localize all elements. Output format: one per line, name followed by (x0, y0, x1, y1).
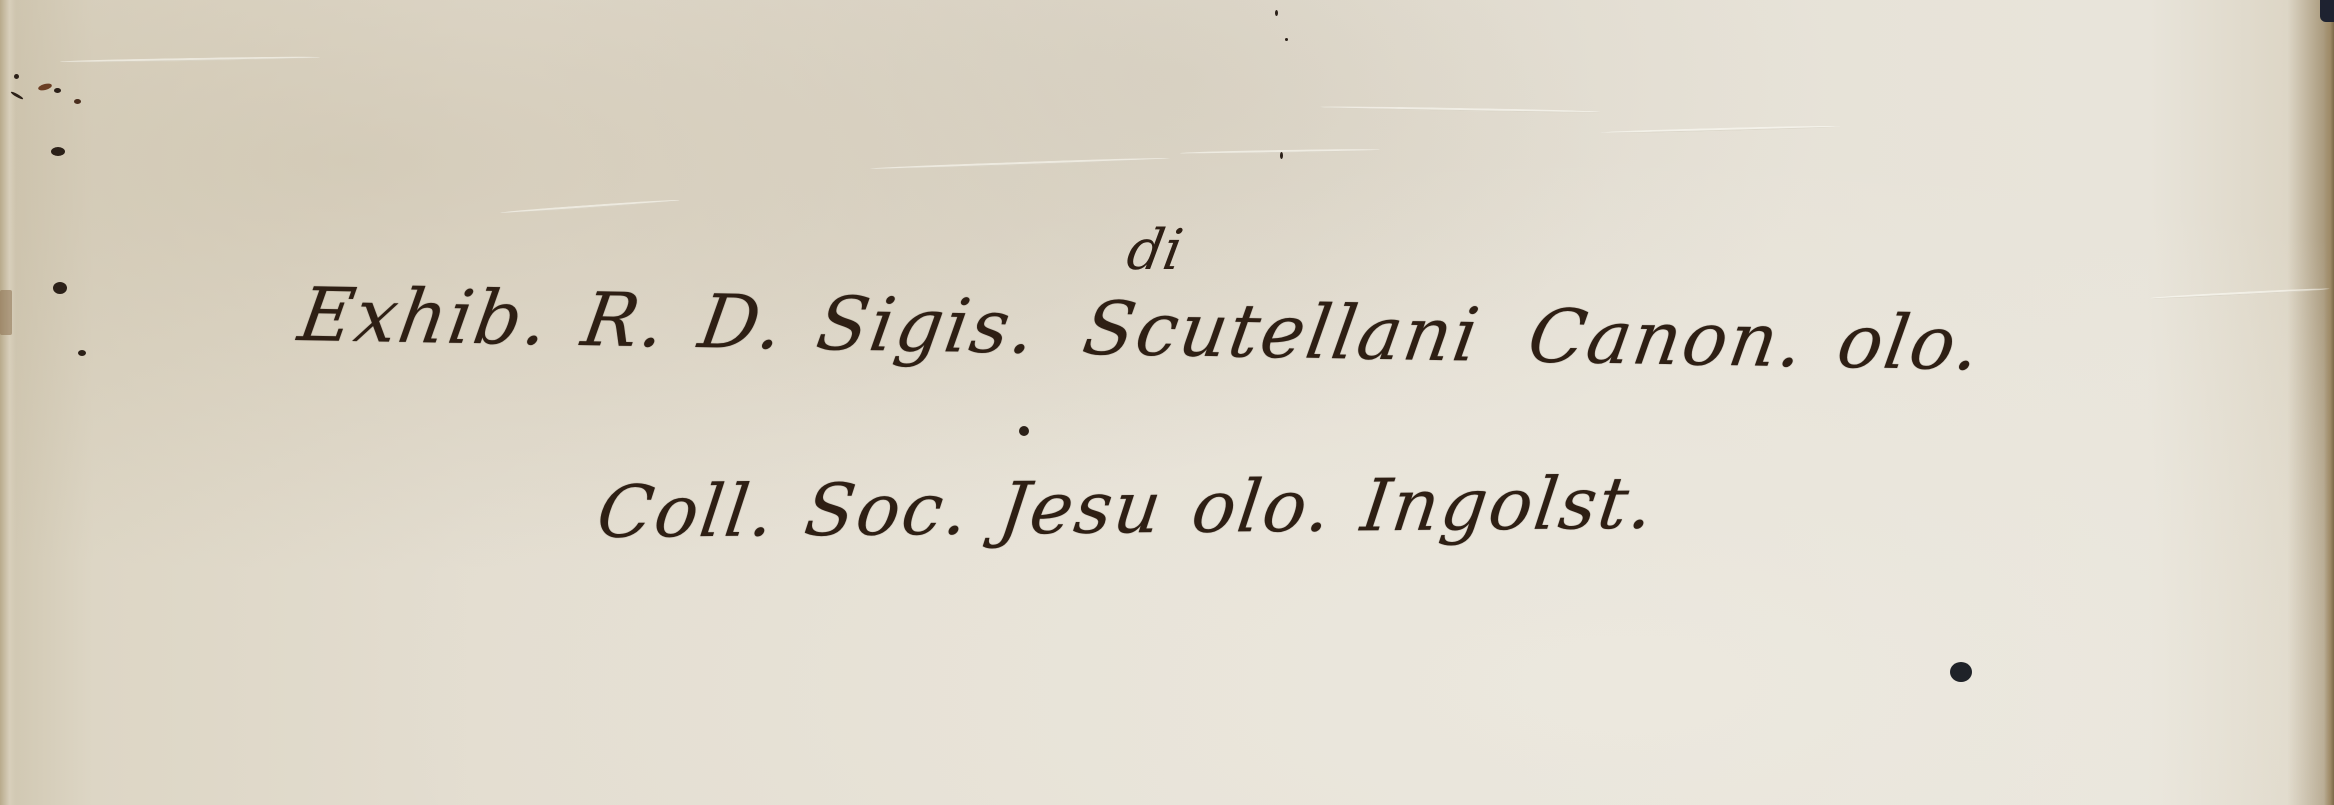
ink-speck (1275, 10, 1278, 16)
ink-speck (1285, 38, 1288, 41)
paper-crease (60, 56, 320, 64)
worm-hole (53, 282, 67, 294)
inscription-word: R. (576, 277, 673, 364)
ink-speck (1019, 426, 1029, 436)
inscription-word: Coll. (592, 468, 781, 554)
inscription-word: Ingolst. (1357, 461, 1660, 548)
inscription-word: Exhib. (293, 272, 556, 362)
inscription-word: Canon. (1522, 294, 1811, 385)
inscription-word: D. (693, 279, 791, 366)
paper-crease (500, 199, 680, 215)
inscription-word: Jesu (994, 465, 1168, 550)
ink-speck (1280, 152, 1283, 159)
worm-hole (37, 82, 52, 91)
paper-crease (870, 157, 1170, 170)
inscription-word: olo. (1187, 464, 1338, 549)
inscription-line-1: Exhib.R.D.Sigis.ScutellaniCanon.olo. (293, 272, 2022, 388)
inscription-word: Sigis. (811, 281, 1043, 371)
paper-crease (1320, 106, 1600, 114)
worm-hole (78, 350, 86, 356)
binding-edge (0, 0, 16, 805)
page-right-edge (2324, 0, 2334, 805)
worm-hole (51, 147, 65, 156)
worm-hole (74, 99, 81, 104)
inscription-superscript: di (1122, 218, 1187, 283)
background-corner (2320, 0, 2334, 22)
worm-hole (54, 88, 61, 93)
paper-crease (1600, 125, 1840, 134)
inscription-line-2: Coll.Soc.Jesuolo.Ingolst. (592, 461, 1690, 554)
paper-crease (2150, 287, 2330, 299)
inscription-word: olo. (1832, 299, 1988, 387)
binding-stain (0, 290, 12, 335)
worm-hole (1950, 662, 1972, 682)
worm-hole (14, 74, 19, 79)
inscription-word: Soc. (800, 467, 975, 552)
inscription-word: Scutellani (1078, 286, 1487, 379)
manuscript-page: di Exhib.R.D.Sigis.ScutellaniCanon.olo. … (0, 0, 2334, 805)
